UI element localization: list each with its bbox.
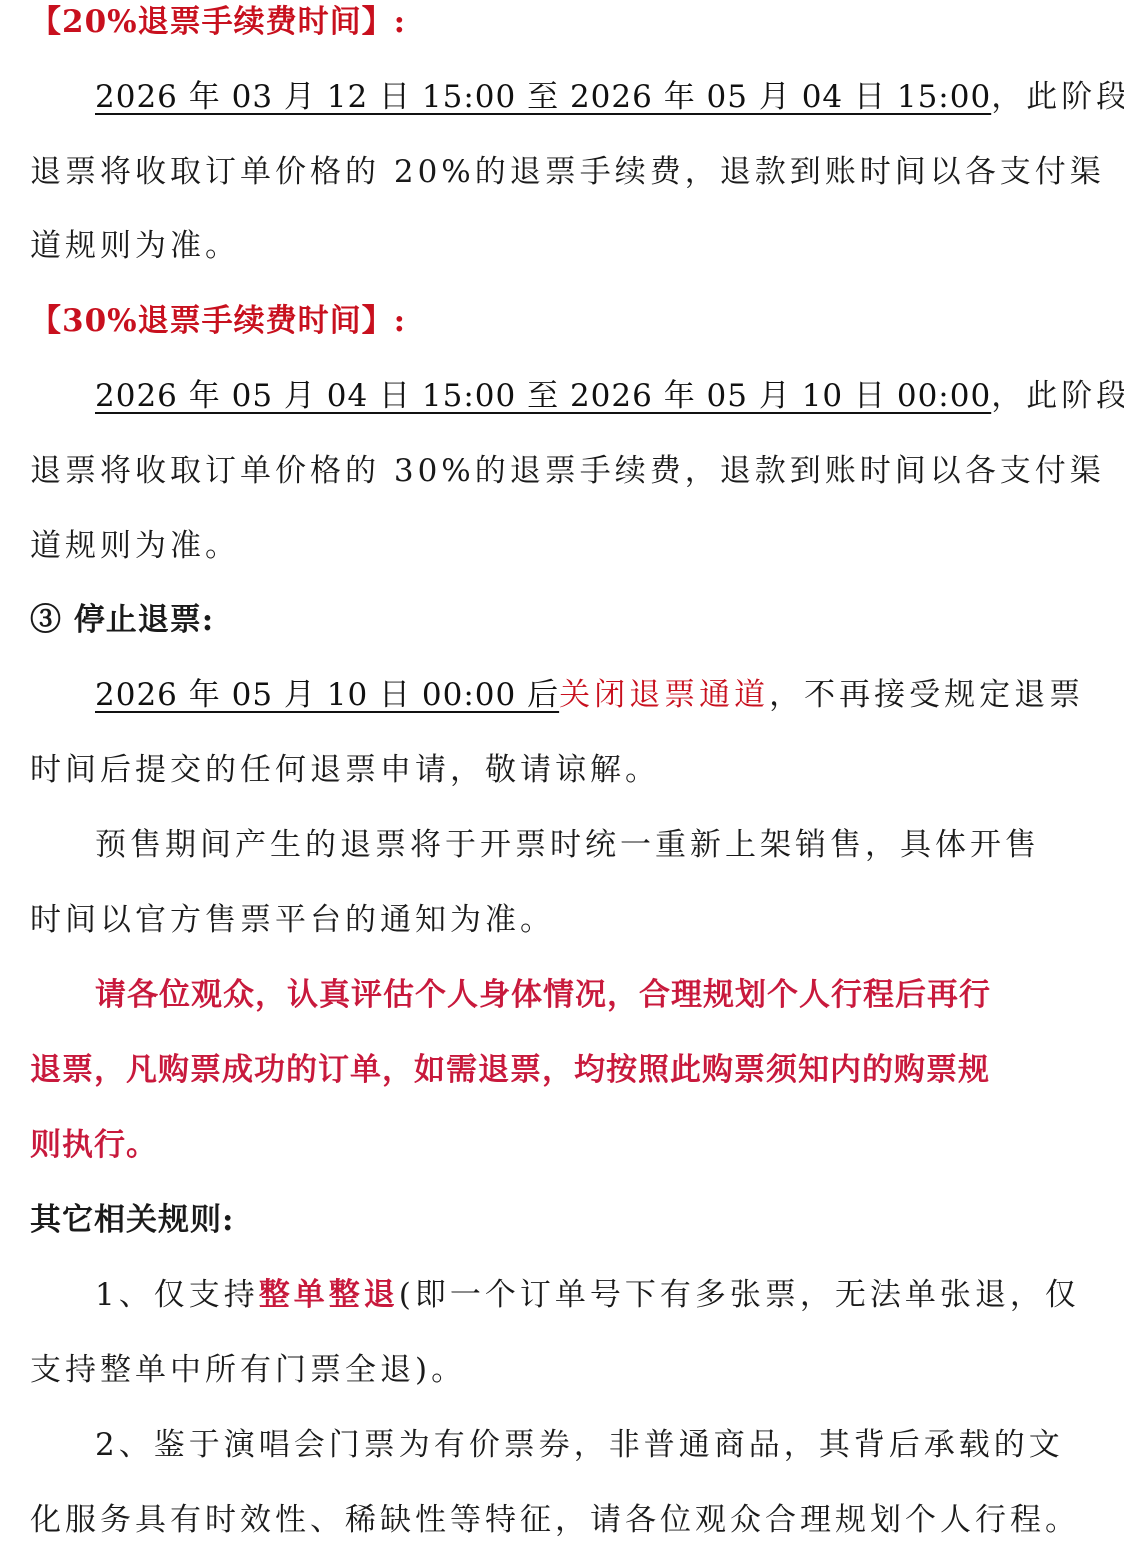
stop-date: 2026 年 05 月 10 日 00:00 后 <box>95 677 559 713</box>
presale-line2: 时间以官方售票平台的通知为准。 <box>30 900 1030 940</box>
rule1-line2: 支持整单中所有门票全退)。 <box>30 1350 1030 1390</box>
warning-line2: 退票，凡购票成功的订单，如需退票，均按照此购票须知内的购票规 <box>30 1050 1030 1090</box>
warning-line1: 请各位观众，认真评估个人身体情况，合理规划个人行程后再行 <box>95 975 1095 1015</box>
stop-line2: 时间后提交的任何退票申请，敬请谅解。 <box>30 750 1030 790</box>
section-30-line2: 退票将收取订单价格的 30%的退票手续费，退款到账时间以各支付渠 <box>30 451 1030 491</box>
section-heading-20: 【20%退票手续费时间】: <box>30 2 1030 42</box>
stop-refund-heading: ③ 停止退票: <box>30 600 1030 640</box>
rule1-prefix: 1、仅支持 <box>95 1277 259 1313</box>
stop-after: ，不再接受规定退票 <box>769 677 1084 713</box>
other-rules-heading: 其它相关规则: <box>30 1200 1030 1240</box>
stop-date-line: 2026 年 05 月 10 日 00:00 后关闭退票通道，不再接受规定退票 <box>95 675 1095 715</box>
rule1-highlight: 整单整退 <box>259 1277 399 1313</box>
stop-highlight: 关闭退票通道 <box>559 677 769 713</box>
rule1-suffix: (即一个订单号下有多张票，无法单张退，仅 <box>399 1277 1080 1313</box>
date-suffix-20: ，此阶段 <box>991 79 1124 115</box>
rule1-line1: 1、仅支持整单整退(即一个订单号下有多张票，无法单张退，仅 <box>95 1275 1095 1315</box>
date-suffix-30: ，此阶段 <box>991 378 1124 414</box>
section-20-line3: 道规则为准。 <box>30 226 1030 266</box>
rule2-line2: 化服务具有时效性、稀缺性等特征，请各位观众合理规划个人行程。 <box>30 1500 1030 1540</box>
section-30-date-line: 2026 年 05 月 04 日 15:00 至 2026 年 05 月 10 … <box>95 376 1095 416</box>
rule2-line1: 2、鉴于演唱会门票为有价票券，非普通商品，其背后承载的文 <box>95 1425 1095 1465</box>
section-heading-30: 【30%退票手续费时间】: <box>30 301 1030 341</box>
section-30-line3: 道规则为准。 <box>30 526 1030 566</box>
presale-line1: 预售期间产生的退票将于开票时统一重新上架销售，具体开售 <box>95 825 1095 865</box>
date-range-20: 2026 年 03 月 12 日 15:00 至 2026 年 05 月 04 … <box>95 79 991 115</box>
section-20-date-line: 2026 年 03 月 12 日 15:00 至 2026 年 05 月 04 … <box>95 77 1095 117</box>
warning-line3: 则执行。 <box>30 1125 1030 1165</box>
section-20-line2: 退票将收取订单价格的 20%的退票手续费，退款到账时间以各支付渠 <box>30 152 1030 192</box>
date-range-30: 2026 年 05 月 04 日 15:00 至 2026 年 05 月 10 … <box>95 378 991 414</box>
